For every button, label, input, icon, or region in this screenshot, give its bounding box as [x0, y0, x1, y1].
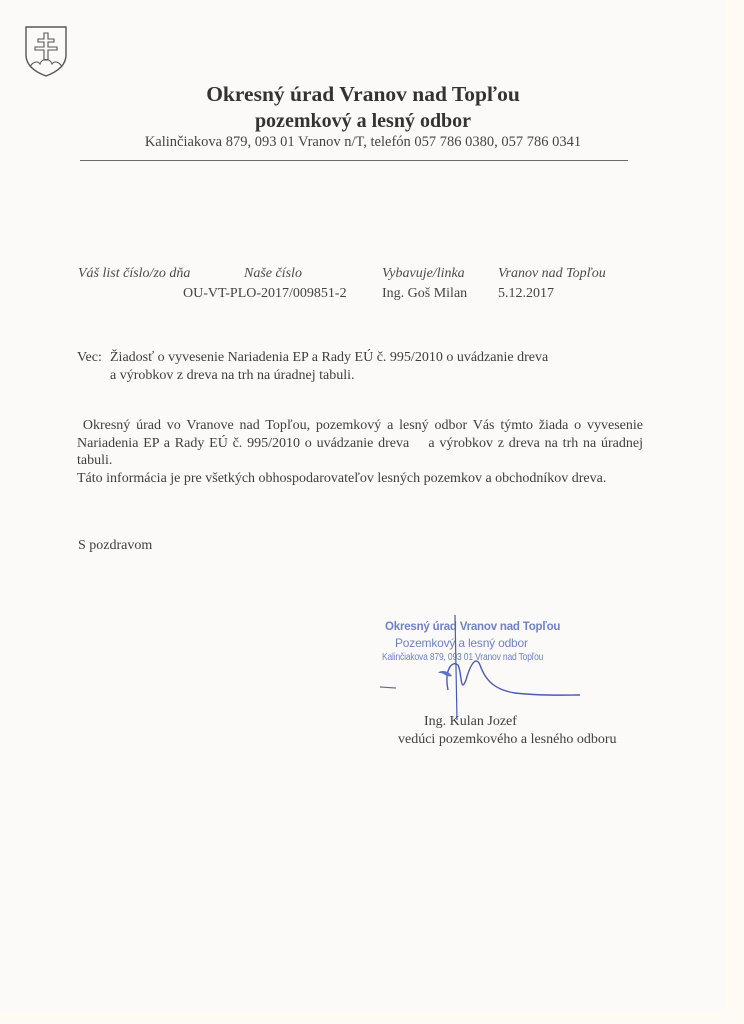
place-label: Vranov nad Topľou — [498, 266, 606, 282]
body-paragraph-2: Táto informácia je pre všetkých obhospod… — [77, 470, 643, 488]
subject-label: Vec: — [77, 349, 102, 367]
signatory-name: Ing. Kulan Jozef — [424, 713, 517, 731]
document-page: Okresný úrad Vranov nad Topľou pozemkový… — [0, 0, 726, 1010]
document-date: 5.12.2017 — [498, 286, 554, 302]
office-title: Okresný úrad Vranov nad Topľou — [0, 82, 726, 107]
signature — [340, 610, 600, 720]
our-number-label: Naše číslo — [244, 266, 302, 282]
signatory-position: vedúci pozemkového a lesného odboru — [398, 731, 617, 749]
handled-by-label: Vybavuje/linka — [382, 266, 465, 282]
office-address: Kalinčiakova 879, 093 01 Vranov n/T, tel… — [0, 134, 726, 151]
our-number: OU-VT-PLO-2017/009851-2 — [183, 286, 347, 302]
slovak-coat-of-arms-icon — [24, 25, 68, 77]
closing: S pozdravom — [78, 537, 152, 555]
your-letter-label: Váš list číslo/zo dňa — [78, 266, 190, 282]
subject-line-1: Žiadosť o vyvesenie Nariadenia EP a Rady… — [110, 349, 548, 367]
handled-by: Ing. Goš Milan — [382, 286, 467, 302]
department-subtitle: pozemkový a lesný odbor — [0, 110, 726, 133]
subject-line-2: a výrobkov z dreva na trh na úradnej tab… — [110, 367, 355, 385]
body-paragraph-1: Okresný úrad vo Vranove nad Topľou, poze… — [77, 417, 643, 470]
letter-body: Okresný úrad vo Vranove nad Topľou, poze… — [77, 417, 643, 487]
header-divider — [80, 160, 628, 161]
